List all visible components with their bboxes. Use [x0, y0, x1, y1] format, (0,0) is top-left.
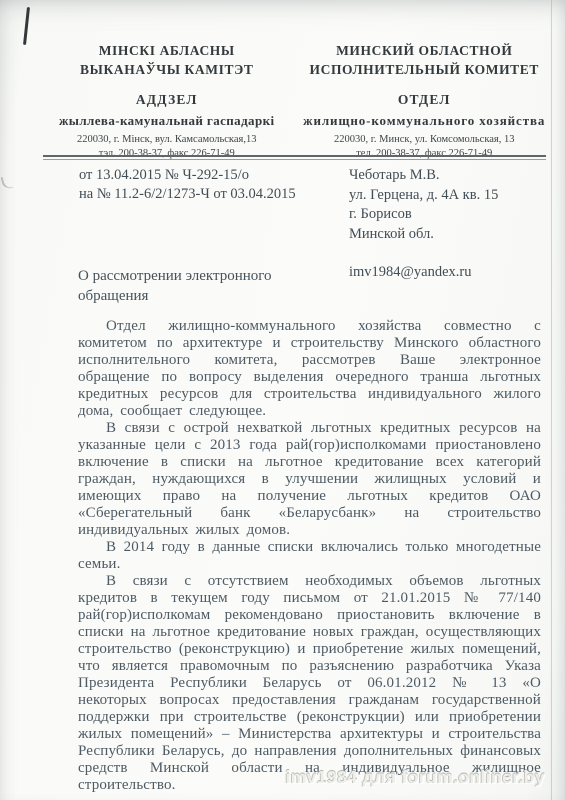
body-paragraph: Отдел жилищно-коммунального хозяйства со…: [78, 318, 541, 420]
letter-body: Отдел жилищно-коммунального хозяйства со…: [78, 318, 541, 794]
body-paragraph: В связи с отсутствием необходимых объемо…: [78, 573, 541, 794]
department-name: жилищно-коммунального хозяйства: [302, 113, 548, 129]
subject-block: О рассмотрении электронного обращения: [78, 266, 363, 306]
subject-line: обращения: [78, 286, 363, 306]
letterhead: МІНСКІ АБЛАСНЫ ВЫКАНАЎЧЫ КАМІТЭТ АДДЗЕЛ …: [44, 42, 547, 160]
org-name-line: ВЫКАНАЎЧЫ КАМІТЭТ: [44, 61, 290, 80]
addressee-street: ул. Герцена, д. 4А кв. 15: [349, 186, 498, 206]
outgoing-reference: от 13.04.2015 № Ч-292-15/о: [79, 166, 296, 185]
body-paragraph: В связи с острой нехваткой льготных кред…: [78, 420, 541, 539]
org-name-line: ИСПОЛНИТЕЛЬНЫЙ КОМИТЕТ: [302, 61, 548, 80]
reference-block: от 13.04.2015 № Ч-292-15/о на № 11.2-6/2…: [79, 166, 296, 204]
incoming-reference: на № 11.2-6/2/1273-Ч от 03.04.2015: [79, 185, 296, 204]
scan-edge-line: [551, 0, 552, 800]
letterhead-left-belarusian: МІНСКІ АБЛАСНЫ ВЫКАНАЎЧЫ КАМІТЭТ АДДЗЕЛ …: [44, 42, 290, 160]
subject-line: О рассмотрении электронного: [78, 266, 363, 286]
addressee-block: Чеботарь М.В. ул. Герцена, д. 4А кв. 15 …: [349, 166, 498, 283]
department-title: ОТДЕЛ: [302, 92, 548, 108]
watermark-text: imv1984 для forum.onliner.by: [285, 767, 545, 788]
pen-smudge-mark: [1, 175, 14, 190]
department-name: жыллева-камунальнай гаспадаркі: [44, 113, 290, 129]
scanned-letter-page: МІНСКІ АБЛАСНЫ ВЫКАНАЎЧЫ КАМІТЭТ АДДЗЕЛ …: [0, 0, 565, 800]
org-address: 220030, г. Минск, ул. Комсомольская, 13: [302, 133, 548, 147]
addressee-email: imv1984@yandex.ru: [349, 263, 498, 283]
body-paragraph: В 2014 году в данные списки включались т…: [78, 539, 541, 573]
addressee-name: Чеботарь М.В.: [349, 166, 498, 186]
pen-stroke-mark: [23, 7, 30, 45]
department-title: АДДЗЕЛ: [44, 92, 290, 108]
addressee-region: Минской обл.: [349, 225, 498, 245]
addressee-city: г. Борисов: [349, 205, 498, 225]
org-address: 220030, г. Мінск, вул. Камсамольская,13: [44, 133, 290, 147]
org-name-line: МІНСКІ АБЛАСНЫ: [44, 42, 290, 61]
letterhead-right-russian: МИНСКИЙ ОБЛАСТНОЙ ИСПОЛНИТЕЛЬНЫЙ КОМИТЕТ…: [302, 42, 548, 160]
org-name-line: МИНСКИЙ ОБЛАСТНОЙ: [302, 42, 548, 61]
letterhead-divider-rule: [43, 155, 546, 160]
